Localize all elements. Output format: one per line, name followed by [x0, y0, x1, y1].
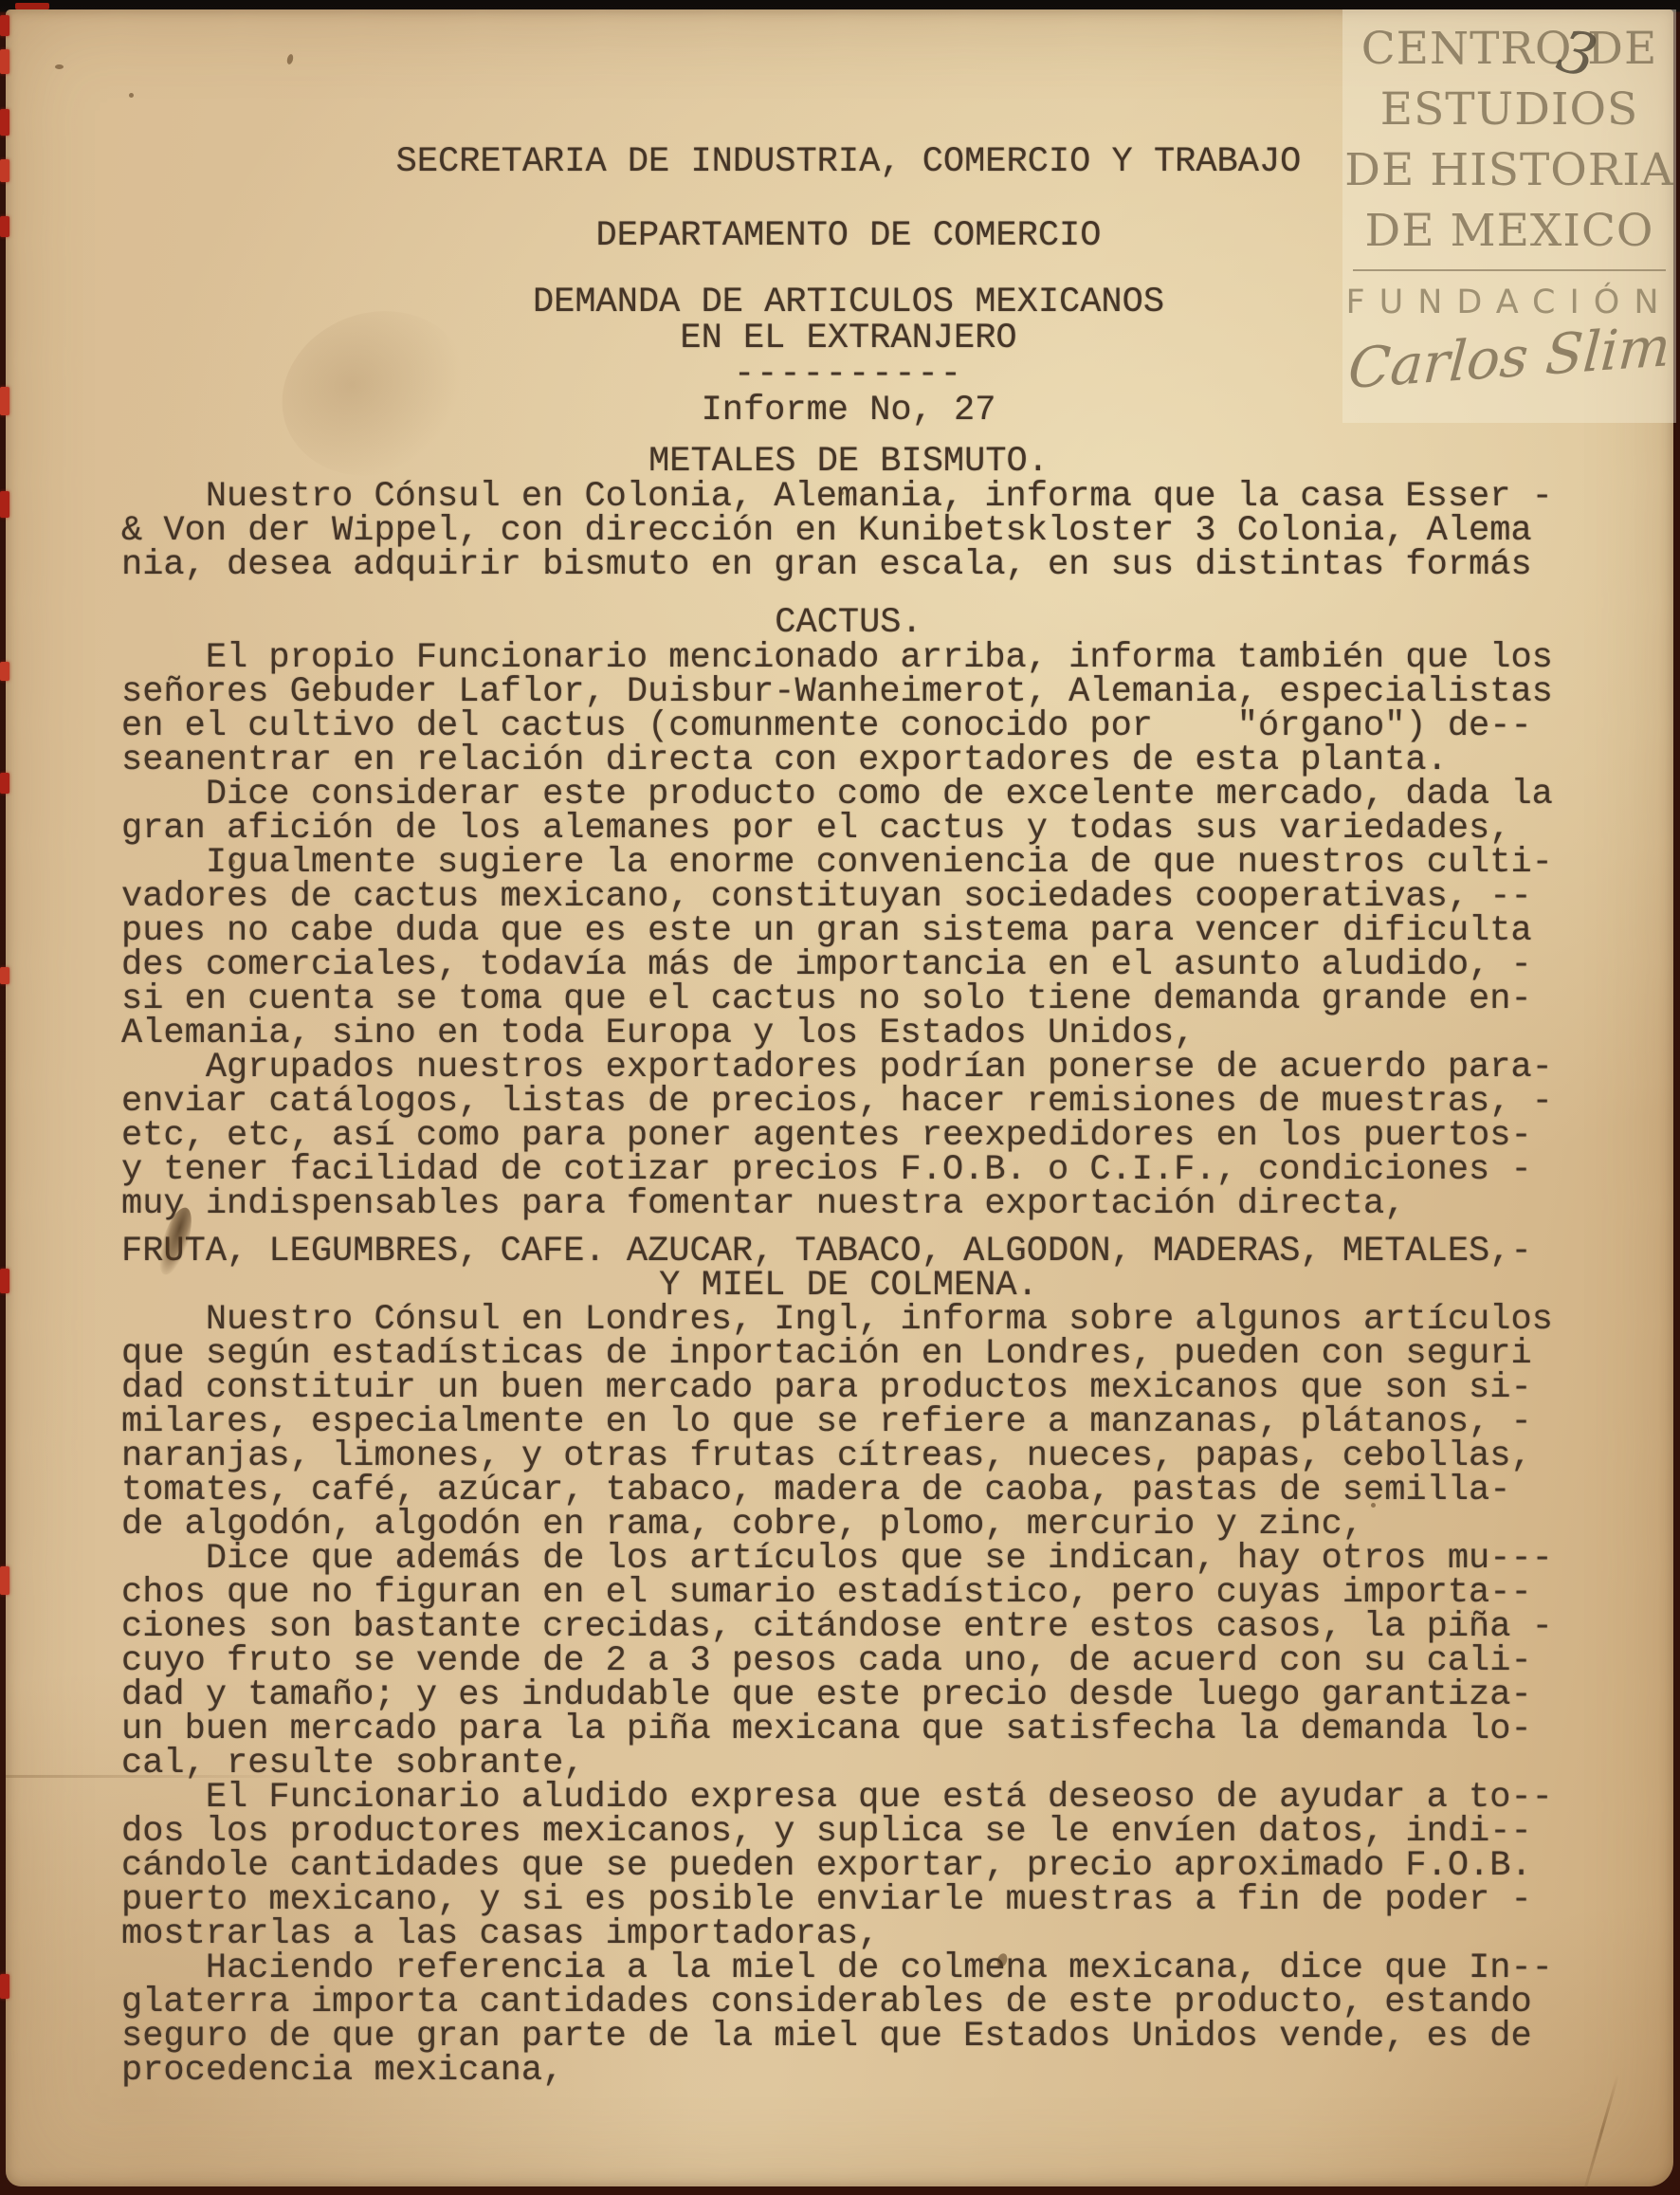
document-title-line-2: DEPARTAMENTO DE COMERCIO — [121, 218, 1576, 254]
film-edge-mark — [0, 159, 9, 182]
film-edge-mark — [0, 773, 9, 794]
film-edge-mark — [0, 216, 9, 237]
paper-fleck — [286, 53, 294, 64]
film-edge-mark — [0, 109, 9, 136]
section-heading: CACTUS. — [121, 605, 1576, 641]
section-heading-line-1: FRUTA, LEGUMBRES, CAFE. AZUCAR, TABACO, … — [121, 1235, 1576, 1269]
report-number: Informe No, 27 — [121, 393, 1576, 429]
section-body: El propio Funcionario mencionado arriba,… — [121, 641, 1576, 1221]
film-edge-mark — [0, 1269, 9, 1293]
film-edge-mark — [0, 1566, 9, 1595]
document-title-line-1: SECRETARIA DE INDUSTRIA, COMERCIO Y TRAB… — [121, 144, 1576, 180]
section-heading: METALES DE BISMUTO. — [121, 444, 1576, 480]
watermark-line-2: ESTUDIOS — [1380, 80, 1638, 140]
document-title-line-3: DEMANDA DE ARTICULOS MEXICANOS — [121, 284, 1576, 320]
film-edge-mark — [0, 387, 9, 415]
paper-fleck — [229, 859, 235, 865]
film-edge-mark — [0, 967, 9, 984]
document-title-line-4: EN EL EXTRANJERO — [121, 320, 1576, 357]
watermark-line-1: CENTRO DE — [1361, 19, 1658, 80]
paper-fleck — [840, 491, 844, 495]
section-body: Nuestro Cónsul en Londres, Ingl, informa… — [121, 1303, 1576, 2088]
film-edge-mark — [15, 3, 49, 9]
section-body: Nuestro Cónsul en Colonia, Alemania, inf… — [121, 480, 1576, 582]
paper-scratch — [1584, 2074, 1619, 2188]
section-fruta-legumbres: FRUTA, LEGUMBRES, CAFE. AZUCAR, TABACO, … — [121, 1235, 1576, 2088]
typewritten-text-column: SECRETARIA DE INDUSTRIA, COMERCIO Y TRAB… — [121, 144, 1576, 2088]
film-edge-mark — [0, 15, 9, 36]
paper-crease — [6, 1775, 319, 1778]
film-edge-mark — [0, 491, 9, 518]
film-edge-mark — [0, 1974, 9, 1999]
section-cactus: CACTUS. El propio Funcionario mencionado… — [121, 605, 1576, 1221]
paper-fleck — [55, 64, 64, 69]
title-divider-dashes: ---------- — [121, 357, 1576, 393]
paper-fleck — [1371, 1503, 1376, 1508]
paper-fleck — [129, 93, 134, 98]
section-heading-line-2: Y MIEL DE COLMENA. — [121, 1269, 1576, 1303]
scanned-document-page: CENTRO DE ESTUDIOS DE HISTORIA DE MEXICO… — [0, 0, 1680, 2195]
document-paper: CENTRO DE ESTUDIOS DE HISTORIA DE MEXICO… — [6, 9, 1673, 2186]
section-metales-de-bismuto: METALES DE BISMUTO. Nuestro Cónsul en Co… — [121, 444, 1576, 582]
film-edge-mark — [0, 662, 9, 681]
film-edge-mark — [0, 49, 9, 74]
